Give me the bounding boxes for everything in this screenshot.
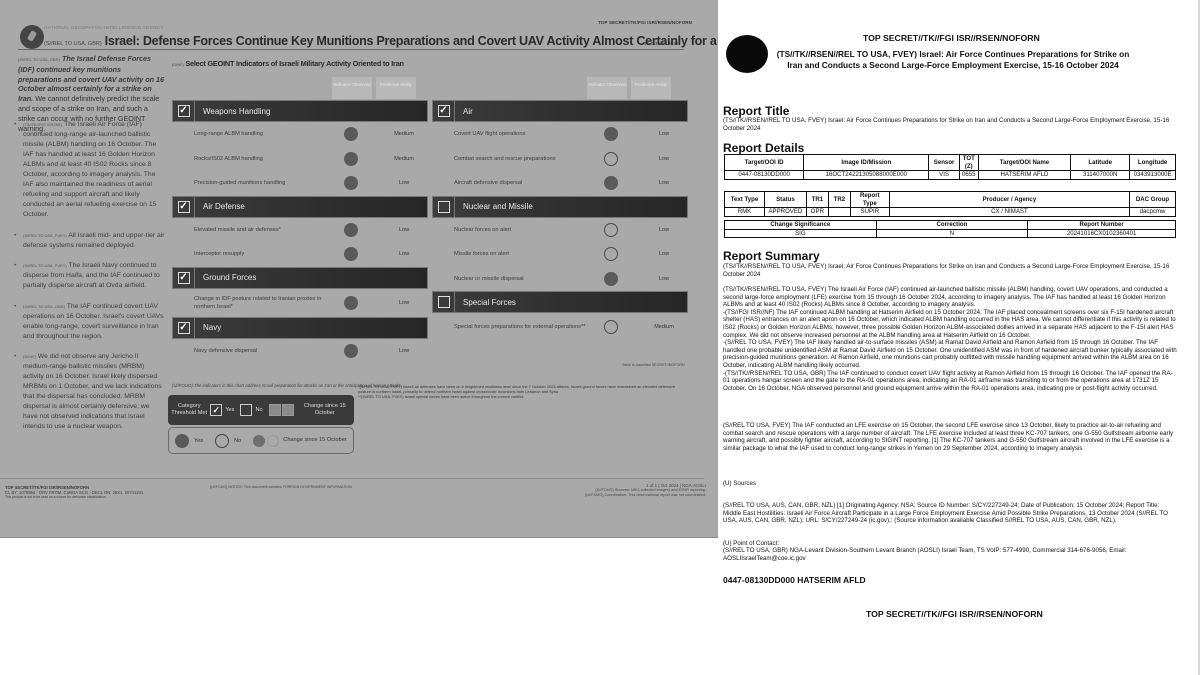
portion-marking: (S//REL TO USA, FVEY) [23,233,67,238]
indicator-row: Combat search and rescue preparationsLow [432,147,688,172]
bullet-text: The Israeli Air Force (IAF) continued lo… [23,121,156,218]
filled-circle-icon [604,272,618,286]
table-cell: CX / NIMAST [889,208,1129,217]
table-header-cell: Text Type [725,192,765,208]
category-check-cell: ✓ [173,268,195,288]
sources-text: (S//REL TO USA, AUS, CAN, GBR, NZL) [1] … [723,502,1178,525]
portion-marking: (S//REL TO USA, GBR) [23,304,65,309]
report-title-heading: Report Title [723,104,789,118]
table-cell: SUPIR [850,208,889,217]
changed-filled-circle-icon [253,435,265,447]
derivative-note: This product is not to be used as a sour… [5,495,143,500]
changed-empty-circle-icon [267,435,279,447]
lfe-paragraph: (S//REL TO USA, FVEY) The IAF conducted … [723,422,1178,452]
predictive-ability: Low [644,131,684,137]
indicator-label: Nuclear or missile dispersal [454,275,604,283]
bullet-item: (S//NF) We did not observe any Jericho I… [14,352,166,432]
category-header: ✓Air Defense [172,196,428,218]
classification-banner-top: TOP SECRET//TK/FGI ISR//RSEN/NOFORN [598,20,692,25]
sources-heading: (U) Sources [723,480,1178,488]
page-title: (S//REL TO USA, GBR)Israel: Defense Forc… [44,34,718,48]
table-header-cell: Status [764,192,806,208]
indicator-label: Nuclear forces on alert [454,226,604,234]
indicator-label: Elevated missile and air defenses* [194,226,344,234]
predictive-ability: Low [384,348,424,354]
legend-yes: Yes [194,438,203,444]
filled-circle-icon [344,296,358,310]
filled-circle-icon [604,176,618,190]
table-cell: HATSERIM AFLD [978,171,1071,180]
report-title-text: (TS//TK//RSEN//REL TO USA, FVEY) Israel:… [723,117,1178,132]
report-details-heading: Report Details [723,141,804,155]
indicator-label: Aircraft defensive dispersal [454,179,604,187]
indicator-row: Navy defensive dispersalLow [172,339,428,364]
legend-threshold: Category Threshold Met ✓Yes No Change si… [168,395,354,425]
col-header-ability: Predictive Ability [376,77,416,99]
table-header-cell: Sensor [929,155,960,171]
indicator-row: Nuclear forces on alertLow [432,218,688,243]
indicator-row: Aircraft defensive dispersalLow [432,171,688,196]
col-header-observed: Indicator Observed [332,77,372,99]
table-header-cell: Target/OOI ID [725,155,804,171]
checked-box-icon: ✓ [178,272,190,284]
legend-indicator: Yes No Change since 15 October [168,427,354,454]
summary-point: -(S//REL TO USA, FVEY) The IAF likely ha… [723,339,1178,369]
table-classification-note: Table is classified SECRET//NOFORN [622,363,685,367]
changed-box-icon [282,404,294,416]
footnote: *(S//REL TO USA, FVEY) Israeli air defen… [358,384,678,394]
filled-circle-icon [175,434,189,448]
table-header-cell: TR1 [806,192,828,208]
bullet-list: (TS//TK//FGI ISR//NF) The Israeli Air Fo… [14,120,166,443]
predictive-ability: Low [644,180,684,186]
checked-box-icon: ✓ [178,201,190,213]
portion-marking: (S//REL TO USA, GBR) [44,41,102,47]
category-label: Air [463,107,473,116]
predictive-ability: Low [384,180,424,186]
nga-briefing-slide: TOP SECRET//TK/FGI ISR//RSEN/NOFORN NATI… [0,0,718,538]
chart-subtitle: (S//NF) Select GEOINT Indicators of Isra… [172,59,404,68]
indicator-label: Interceptor resupply [194,250,344,258]
indicator-label: Navy defensive dispersal [194,347,344,355]
table-cell: APPROVED [764,208,806,217]
footer-classification-block: TOP SECRET//TK/FGI ISR//RSEN/NOFORN CL B… [5,485,143,501]
table-header-cell: Target/OOI Name [978,155,1071,171]
table-header-cell: Report Type [850,192,889,208]
table-cell: SIG [725,229,877,238]
legend-threshold-label: Category Threshold Met [168,403,210,417]
category-check-cell [433,197,455,217]
indicator-row: Missile forces on alertLow [432,242,688,267]
classification-banner-top: TOP SECRET//TK//FGI ISR//RSEN/NOFORN [863,33,1040,43]
footer-page-info: 1 of 1 | Oct 2024 | NGA-AOSLI (U//FOUO) … [585,483,706,498]
predictive-ability: Low [644,227,684,233]
col-header-ability: Predictive Ability [631,77,671,99]
table-cell: 0343913000E [1130,171,1176,180]
indicator-row: Rocks/IS02 ALBM handlingMedium [172,147,428,172]
legend-change: Change since 15 October [296,403,354,417]
predictive-ability: Low [384,251,424,257]
filled-circle-icon [344,344,358,358]
table-header-cell: Correction [876,221,1028,230]
table-header-cell: Image ID/Mission [804,155,929,171]
table-cell: dacpcmw [1130,208,1176,217]
category-check-cell: ✓ [173,197,195,217]
empty-circle-icon [215,434,229,448]
filled-circle-icon [344,247,358,261]
empty-box-icon [438,201,450,213]
predictive-ability: Low [384,227,424,233]
indicator-panel-right: ✓AirCovert UAV flight operationsLowComba… [432,100,688,341]
predictive-ability: Low [644,276,684,282]
table-header-cell: Report Number [1028,221,1176,230]
report-type-table: Text TypeStatusTR1TR2Report TypeProducer… [724,191,1176,217]
indicator-row: Precision-guided munitions handlingLow [172,171,428,196]
table-cell: 311407000N [1071,171,1130,180]
indicator-label: Combat search and rescue preparations [454,155,604,163]
foreign-info-notice: (U//FOUO) NOTICE: This document contains… [210,485,352,489]
title-text: Israel: Defense Forces Continue Key Muni… [105,34,718,48]
filled-circle-icon [344,176,358,190]
bullet-item: (S//REL TO USA, FVEY) The Israeli Navy c… [14,261,166,291]
category-check-cell: ✓ [433,101,455,121]
report-summary-heading: Report Summary [723,249,820,263]
report-header-title: (TS//TK//RSEN//REL TO USA, FVEY) Israel:… [773,49,1133,70]
summary-paragraph: (TS//TK//RSEN//REL TO USA, FVEY) The Isr… [723,286,1178,309]
footer-divider [0,478,704,479]
table-cell: 0447-08130DD000 [725,171,804,180]
table-cell [828,208,850,217]
checked-box-icon: ✓ [210,404,222,416]
bullet-item: (S//REL TO USA, FVEY) All Israeli mid- a… [14,231,166,251]
table-header-cell: Change Significance [725,221,877,230]
category-header: ✓Ground Forces [172,267,428,289]
indicator-row: Nuclear or missile dispersalLow [432,267,688,292]
category-header: ✓Air [432,100,688,122]
predictive-ability: Medium [644,324,684,330]
checked-box-icon: ✓ [438,105,450,117]
indicator-label: Special forces preparations for external… [454,323,604,331]
table-header-cell: DAC Group [1130,192,1176,208]
checked-box-icon: ✓ [178,322,190,334]
bullet-text: We did not observe any Jericho II medium… [23,353,162,430]
category-label: Weapons Handling [203,107,270,116]
legend-no: No [234,438,241,444]
filled-circle-icon [344,152,358,166]
portion-marking: (S//REL TO USA, FVEY) [23,263,67,268]
summary-title: (TS//TK//RSEN//REL TO USA, FVEY) Israel:… [723,263,1178,278]
empty-box-icon [438,296,450,308]
legend-change: Change since 15 October [283,437,346,444]
indicator-panel-left: ✓Weapons HandlingLong-range ALBM handlin… [172,100,428,363]
indicator-label: Precision-guided munitions handling [194,179,344,187]
category-label: Special Forces [463,298,516,307]
redaction-mark [726,35,768,73]
table-cell: N [876,229,1028,238]
empty-circle-icon [604,152,618,166]
portion-marking: (S//NF) [23,354,36,359]
portion-marking: (S//NF) [172,62,184,67]
filled-circle-icon [344,127,358,141]
printed-report: TOP SECRET//TK//FGI ISR//RSEN/NOFORN (TS… [718,0,1200,675]
predictive-ability: Low [644,156,684,162]
portion-marking: (S//REL TO USA, GBR) [18,57,60,62]
report-date: 16 October 2024 [644,41,678,46]
indicator-label: Change in IDF posture related to Iranian… [194,295,344,311]
indicator-label: Long-range ALBM handling [194,130,344,138]
indicator-row: Special forces preparations for external… [432,313,688,341]
category-check-cell [433,292,455,312]
table-cell: 16OCT24221305088000E000 [804,171,929,180]
col-header-observed: Indicator Observed [587,77,627,99]
category-check-cell: ✓ [173,318,195,338]
classification-banner-bottom: TOP SECRET//TK//FGI ISR//RSEN/NOFORN [866,609,1043,619]
filled-circle-icon [604,127,618,141]
legend-yes: Yes [225,407,234,413]
coordination-note: (U//FOUO) Coordination: This observation… [585,493,706,498]
legend-no: No [255,407,262,413]
poc-text: (S//REL TO USA, GBR) NGA-Levant Division… [723,547,1178,562]
table-header-cell: Latitude [1071,155,1130,171]
category-header: ✓Navy [172,317,428,339]
category-label: Ground Forces [203,273,256,282]
empty-circle-icon [604,247,618,261]
title-divider [18,49,684,50]
indicator-row: Covert UAV flight operationsLow [432,122,688,147]
details-table: Target/OOI IDImage ID/MissionSensorTOT (… [724,154,1176,180]
table-header-cell: TOT (Z) [959,155,978,171]
footnote: **(S//REL TO USA, FVEY) Israeli special … [358,394,678,399]
predictive-ability: Medium [384,131,424,137]
bullet-item: (S//REL TO USA, GBR) The IAF continued c… [14,302,166,342]
table-cell: 20241016CX0102360401 [1028,229,1176,238]
category-label: Nuclear and Missile [463,202,533,211]
category-check-cell: ✓ [173,101,195,121]
table-cell: RMK [725,208,765,217]
target-line: 0447-08130DD000 HATSERIM AFLD [723,575,866,585]
chart-footnotes: *(S//REL TO USA, FVEY) Israeli air defen… [358,384,678,399]
indicator-row: Change in IDF posture related to Iranian… [172,289,428,317]
agency-name: NATIONAL GEOSPATIAL-INTELLIGENCE AGENCY [44,26,164,31]
portion-marking: (TS//TK//FGI ISR//NF) [23,122,62,127]
empty-circle-icon [604,320,618,334]
indicator-label: Rocks/IS02 ALBM handling [194,155,344,163]
category-header: ✓Weapons Handling [172,100,428,122]
category-label: Air Defense [203,202,245,211]
chart-subtitle-text: Select GEOINT Indicators of Israeli Mili… [185,59,403,68]
table-cell: VIS [929,171,960,180]
table-cell: 0655 [959,171,978,180]
indicator-row: Long-range ALBM handlingMedium [172,122,428,147]
indicator-row: Interceptor resupplyLow [172,242,428,267]
empty-circle-icon [604,223,618,237]
predictive-ability: Low [644,251,684,257]
nga-seal-icon [20,25,44,49]
empty-box-icon [240,404,252,416]
predictive-ability: Low [384,300,424,306]
table-header-cell: TR2 [828,192,850,208]
table-header-cell: Longitude [1130,155,1176,171]
change-significance-table: Change SignificanceCorrectionReport Numb… [724,220,1176,238]
table-header-cell: Producer / Agency [889,192,1129,208]
category-label: Navy [203,323,221,332]
indicator-label: Missile forces on alert [454,250,604,258]
checked-box-icon: ✓ [178,105,190,117]
predictive-ability: Medium [384,156,424,162]
table-cell: OPR [806,208,828,217]
changed-box-icon [269,404,281,416]
filled-circle-icon [344,223,358,237]
summary-body: (TS//TK//RSEN//REL TO USA, FVEY) The Isr… [723,286,1178,392]
indicator-label: Covert UAV flight operations [454,130,604,138]
category-header: Special Forces [432,291,688,313]
summary-point: -(TS//FGI ISR//NF) The IAF continued ALB… [723,309,1178,339]
category-header: Nuclear and Missile [432,196,688,218]
summary-point: -(TS//TK//RSEN//REL TO USA, GBR) The IAF… [723,370,1178,393]
bullet-item: (TS//TK//FGI ISR//NF) The Israeli Air Fo… [14,120,166,220]
indicator-row: Elevated missile and air defenses*Low [172,218,428,243]
